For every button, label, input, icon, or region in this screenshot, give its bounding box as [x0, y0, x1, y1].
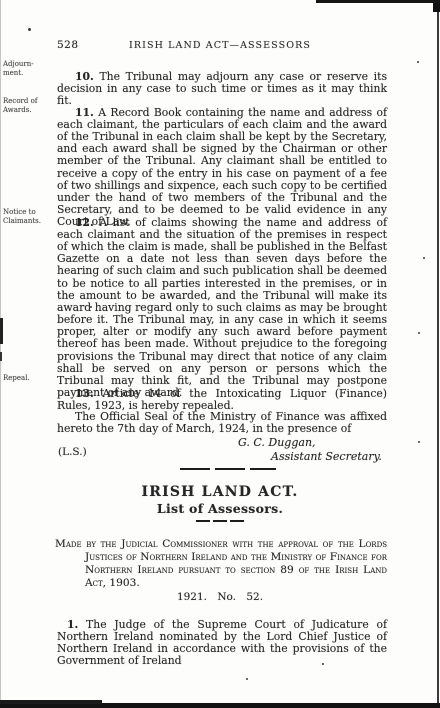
paragraph-13: 13. Article 14 of the Intoxicating Liquo…	[57, 388, 387, 412]
paragraph-10: 10. The Tribunal may adjourn any case or…	[57, 71, 387, 107]
margin-note-repeal: Repeal.	[3, 374, 51, 383]
running-head: IRISH LAND ACT—ASSESSORS	[0, 40, 440, 51]
scan-tick	[0, 318, 3, 344]
paragraph-12-number: 12.	[75, 216, 94, 229]
made-by-preamble: Made by the Judicial Commissioner with t…	[55, 538, 387, 590]
seal-mark: (L.S.)	[58, 446, 87, 458]
scanned-document-page: 528 IRISH LAND ACT—ASSESSORS Adjourn-men…	[0, 0, 440, 708]
scan-speck	[246, 678, 248, 680]
paragraph-1-number: 1.	[67, 618, 78, 631]
scan-edge-bottom-blob	[0, 700, 102, 704]
scan-speck	[418, 332, 420, 334]
paragraph-11-number: 11.	[75, 106, 94, 119]
scan-tick	[0, 352, 2, 361]
scan-speck	[423, 257, 425, 259]
paragraph-12-text: A list of claims showing the name and ad…	[57, 216, 387, 399]
margin-note-record-of-awards: Record of Awards.	[3, 97, 51, 114]
scan-speck	[28, 28, 31, 31]
section-subtitle: List of Assessors.	[0, 501, 440, 516]
margin-note-adjournment: Adjourn-ment.	[3, 60, 51, 77]
paragraph-11-text: A Record Book containing the name and ad…	[57, 106, 387, 228]
paragraph-13-number: 13.	[75, 387, 94, 400]
signature-name: G. C. Duggan,	[238, 436, 316, 449]
paragraph-12: 12. A list of claims showing the name an…	[57, 217, 387, 399]
section-divider-rule	[180, 468, 276, 470]
signature-title: Assistant Secretary.	[271, 450, 382, 463]
scan-speck	[417, 61, 419, 63]
statutory-reference: 1921. No. 52.	[0, 591, 440, 603]
scan-speck	[418, 441, 420, 443]
paragraph-13-text: Article 14 of the Intoxicating Liquor (F…	[57, 387, 387, 412]
seal-paragraph: The Official Seal of the Ministry of Fin…	[57, 411, 387, 435]
scan-edge-top	[316, 0, 440, 3]
section-title: IRISH LAND ACT.	[0, 484, 440, 500]
paragraph-11: 11. A Record Book containing the name an…	[57, 107, 387, 229]
paragraph-10-text: The Tribunal may adjourn any case or res…	[57, 70, 387, 107]
paragraph-10-number: 10.	[75, 70, 94, 83]
subtitle-divider-rule	[196, 520, 244, 522]
paragraph-1-text: The Judge of the Supreme Court of Judica…	[57, 618, 387, 667]
margin-note-notice-to-claimants: Notice to Claimants.	[3, 208, 51, 225]
paragraph-1: 1. The Judge of the Supreme Court of Jud…	[57, 619, 387, 668]
